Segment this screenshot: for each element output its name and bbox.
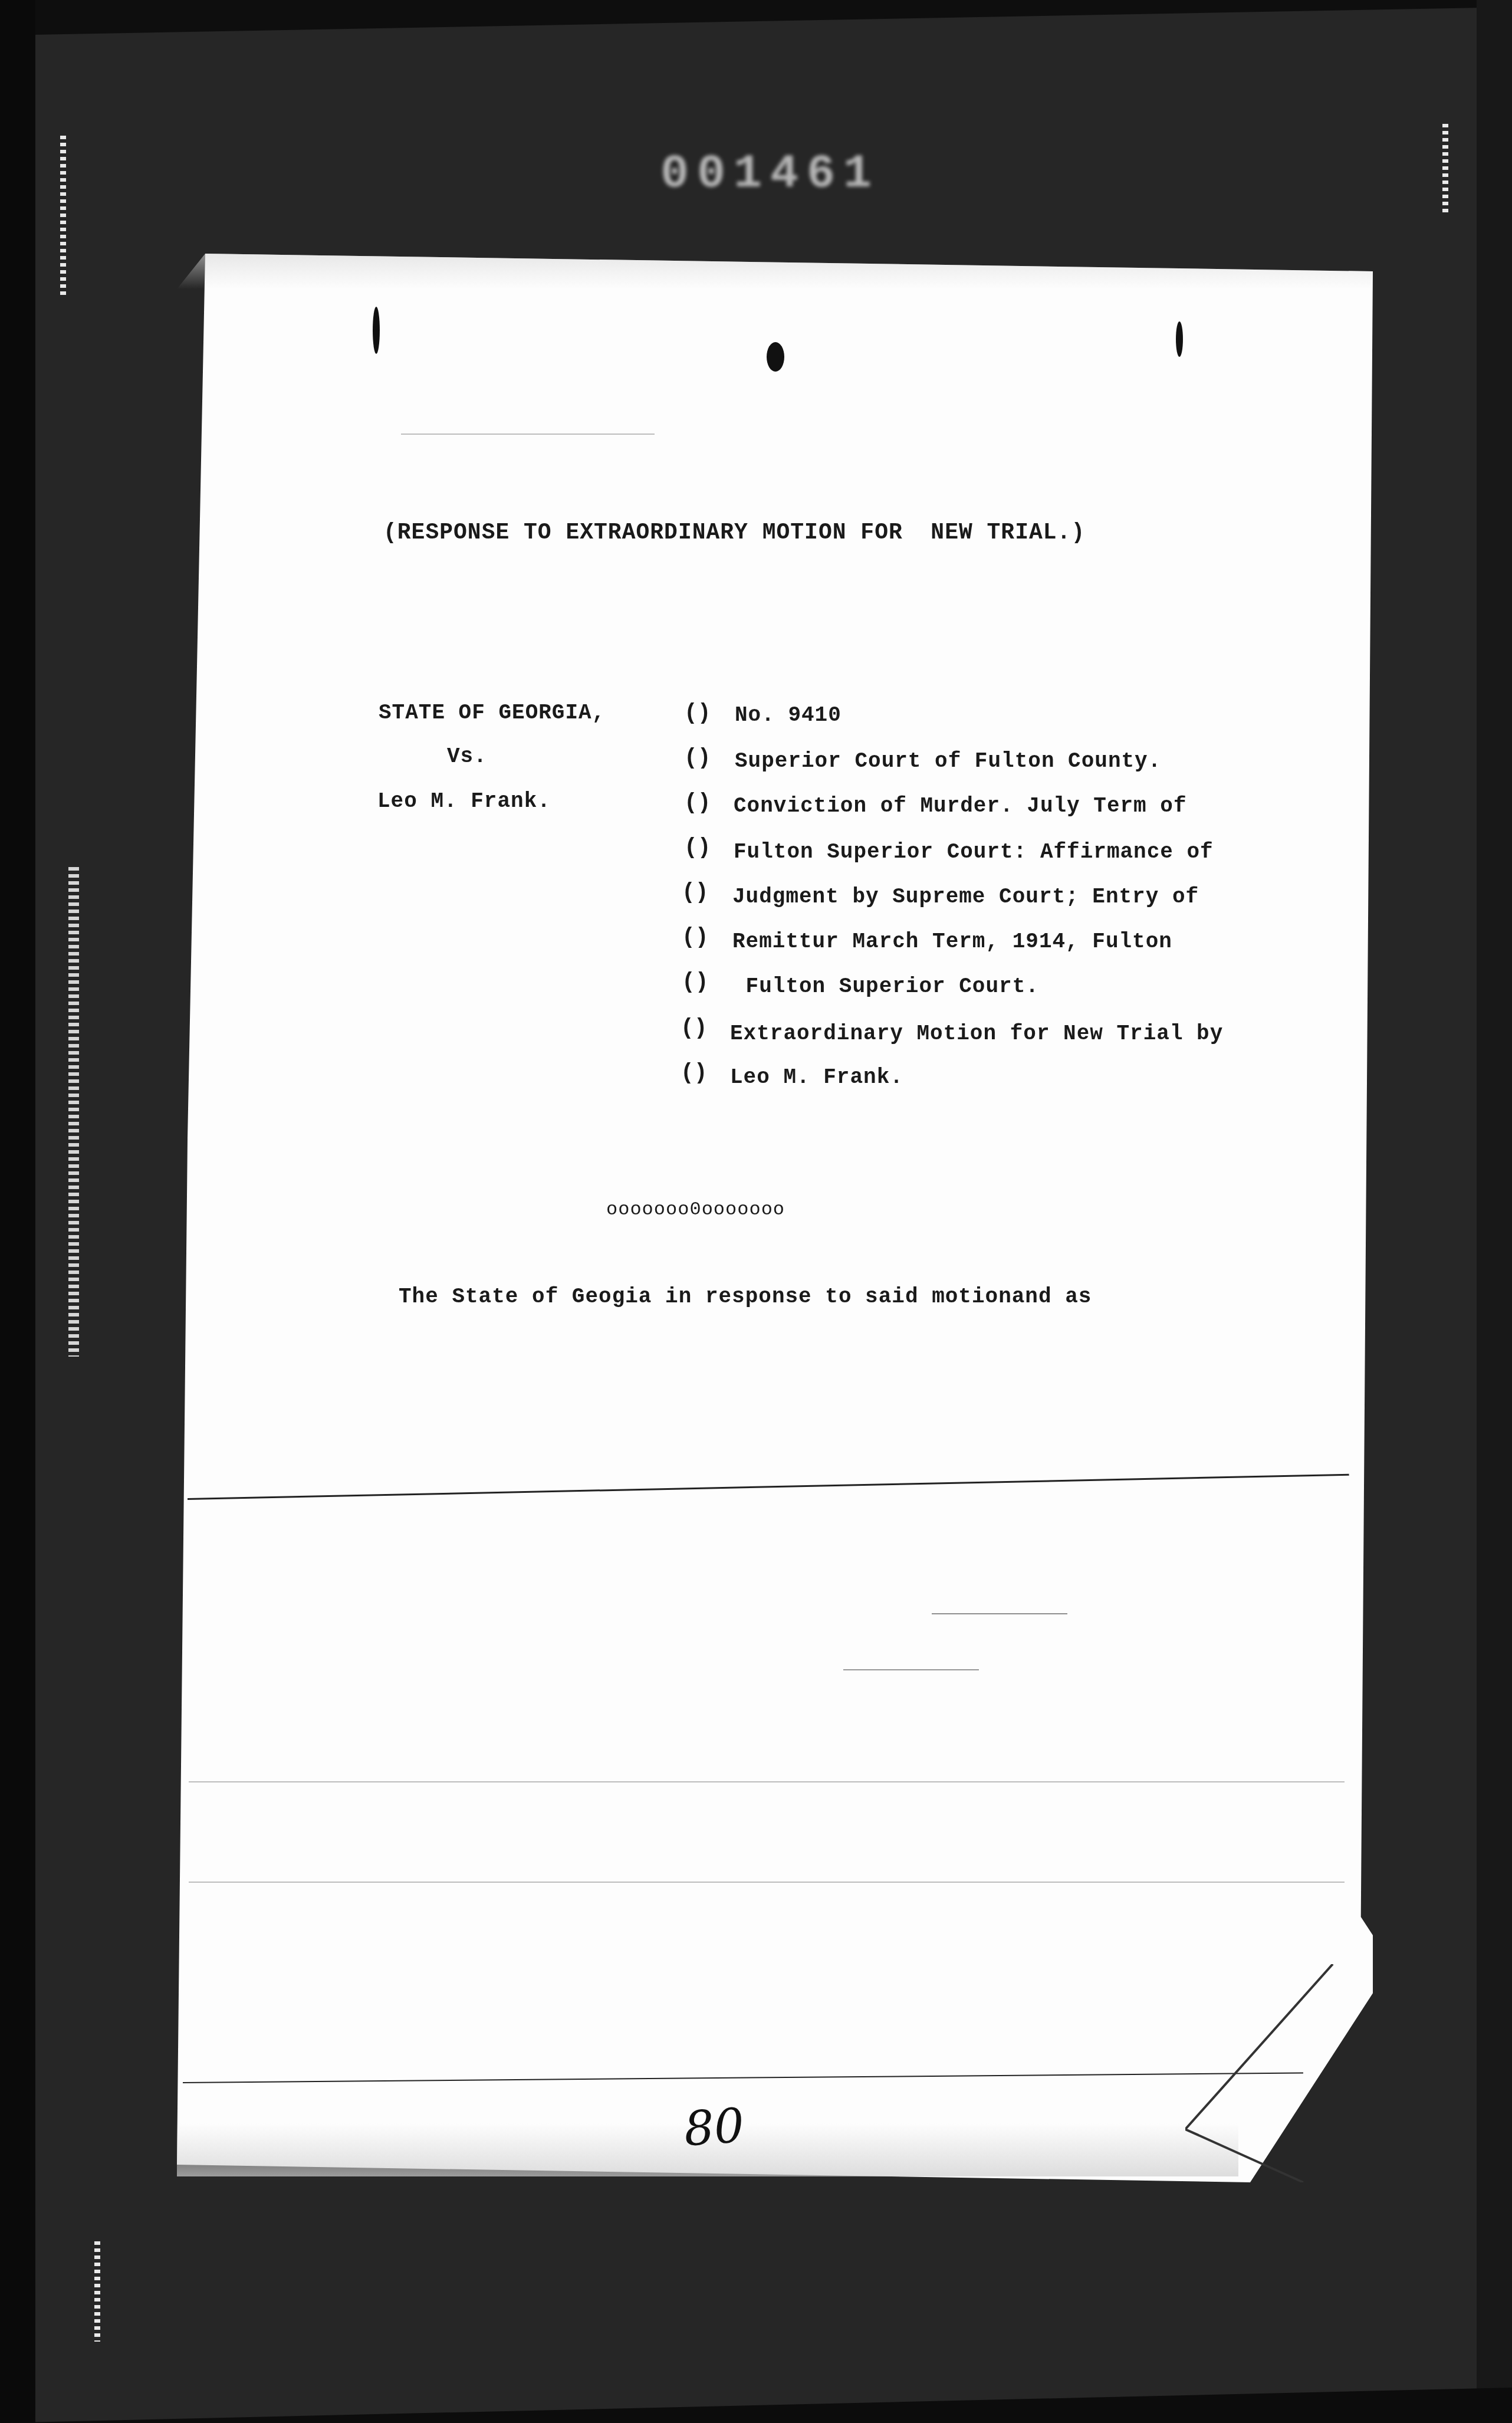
caption-plaintiff: STATE OF GEORGIA, (379, 701, 605, 725)
film-edge-mark (68, 867, 79, 1357)
handwritten-page-number: 80 (682, 2098, 746, 2157)
caption-separator: () (681, 1016, 708, 1041)
scan-artifact-line (189, 1781, 1345, 1782)
case-number: No. 9410 (735, 703, 842, 727)
scan-artifact-line (189, 1882, 1345, 1883)
scan-border-top (0, 0, 1512, 35)
scan-artifact-line (843, 1669, 979, 1670)
caption-separator: () (682, 880, 709, 905)
caption-line: Conviction of Murder. July Term of (734, 794, 1187, 818)
caption-separator: () (684, 701, 711, 726)
caption-separator: () (684, 835, 711, 861)
caption-line: Fulton Superior Court: Affirmance of (734, 840, 1214, 864)
caption-separator: () (682, 970, 709, 995)
caption-line: Fulton Superior Court. (732, 974, 1039, 999)
folded-corner (1185, 1964, 1339, 2182)
caption-defendant: Leo M. Frank. (377, 789, 551, 813)
caption-line: Leo M. Frank. (730, 1065, 903, 1089)
page-shadow-top (177, 254, 1373, 289)
pin-hole-left (373, 307, 380, 354)
scan-artifact-line (401, 434, 655, 435)
film-edge-mark (94, 2241, 100, 2342)
caption-versus: Vs. (447, 744, 487, 769)
film-edge-mark (1442, 124, 1448, 212)
caption-line: Superior Court of Fulton County. (735, 749, 1161, 773)
caption-separator: () (682, 925, 709, 950)
microfilm-frame-stamp: 001461 (660, 147, 880, 201)
caption-separator: () (684, 790, 711, 816)
pin-hole-center (767, 342, 784, 372)
scan-artifact-line (932, 1613, 1067, 1614)
film-edge-mark (60, 136, 66, 295)
section-divider: ooooooo0ooooooo (606, 1199, 785, 1220)
caption-line: Judgment by Supreme Court; Entry of (732, 885, 1199, 909)
scan-border-bottom (0, 2388, 1512, 2423)
caption-line: Extraordinary Motion for New Trial by (730, 1022, 1223, 1046)
caption-line: Remittur March Term, 1914, Fulton (732, 930, 1172, 954)
scan-border-left (0, 0, 35, 2423)
document-title: (RESPONSE TO EXTRAORDINARY MOTION FOR NE… (383, 520, 1085, 546)
caption-separator: () (684, 746, 711, 771)
caption-separator: () (681, 1061, 708, 1086)
scan-border-right (1477, 0, 1512, 2423)
pin-hole-right (1176, 321, 1183, 357)
body-paragraph: The State of Geogia in response to said … (399, 1285, 1092, 1309)
